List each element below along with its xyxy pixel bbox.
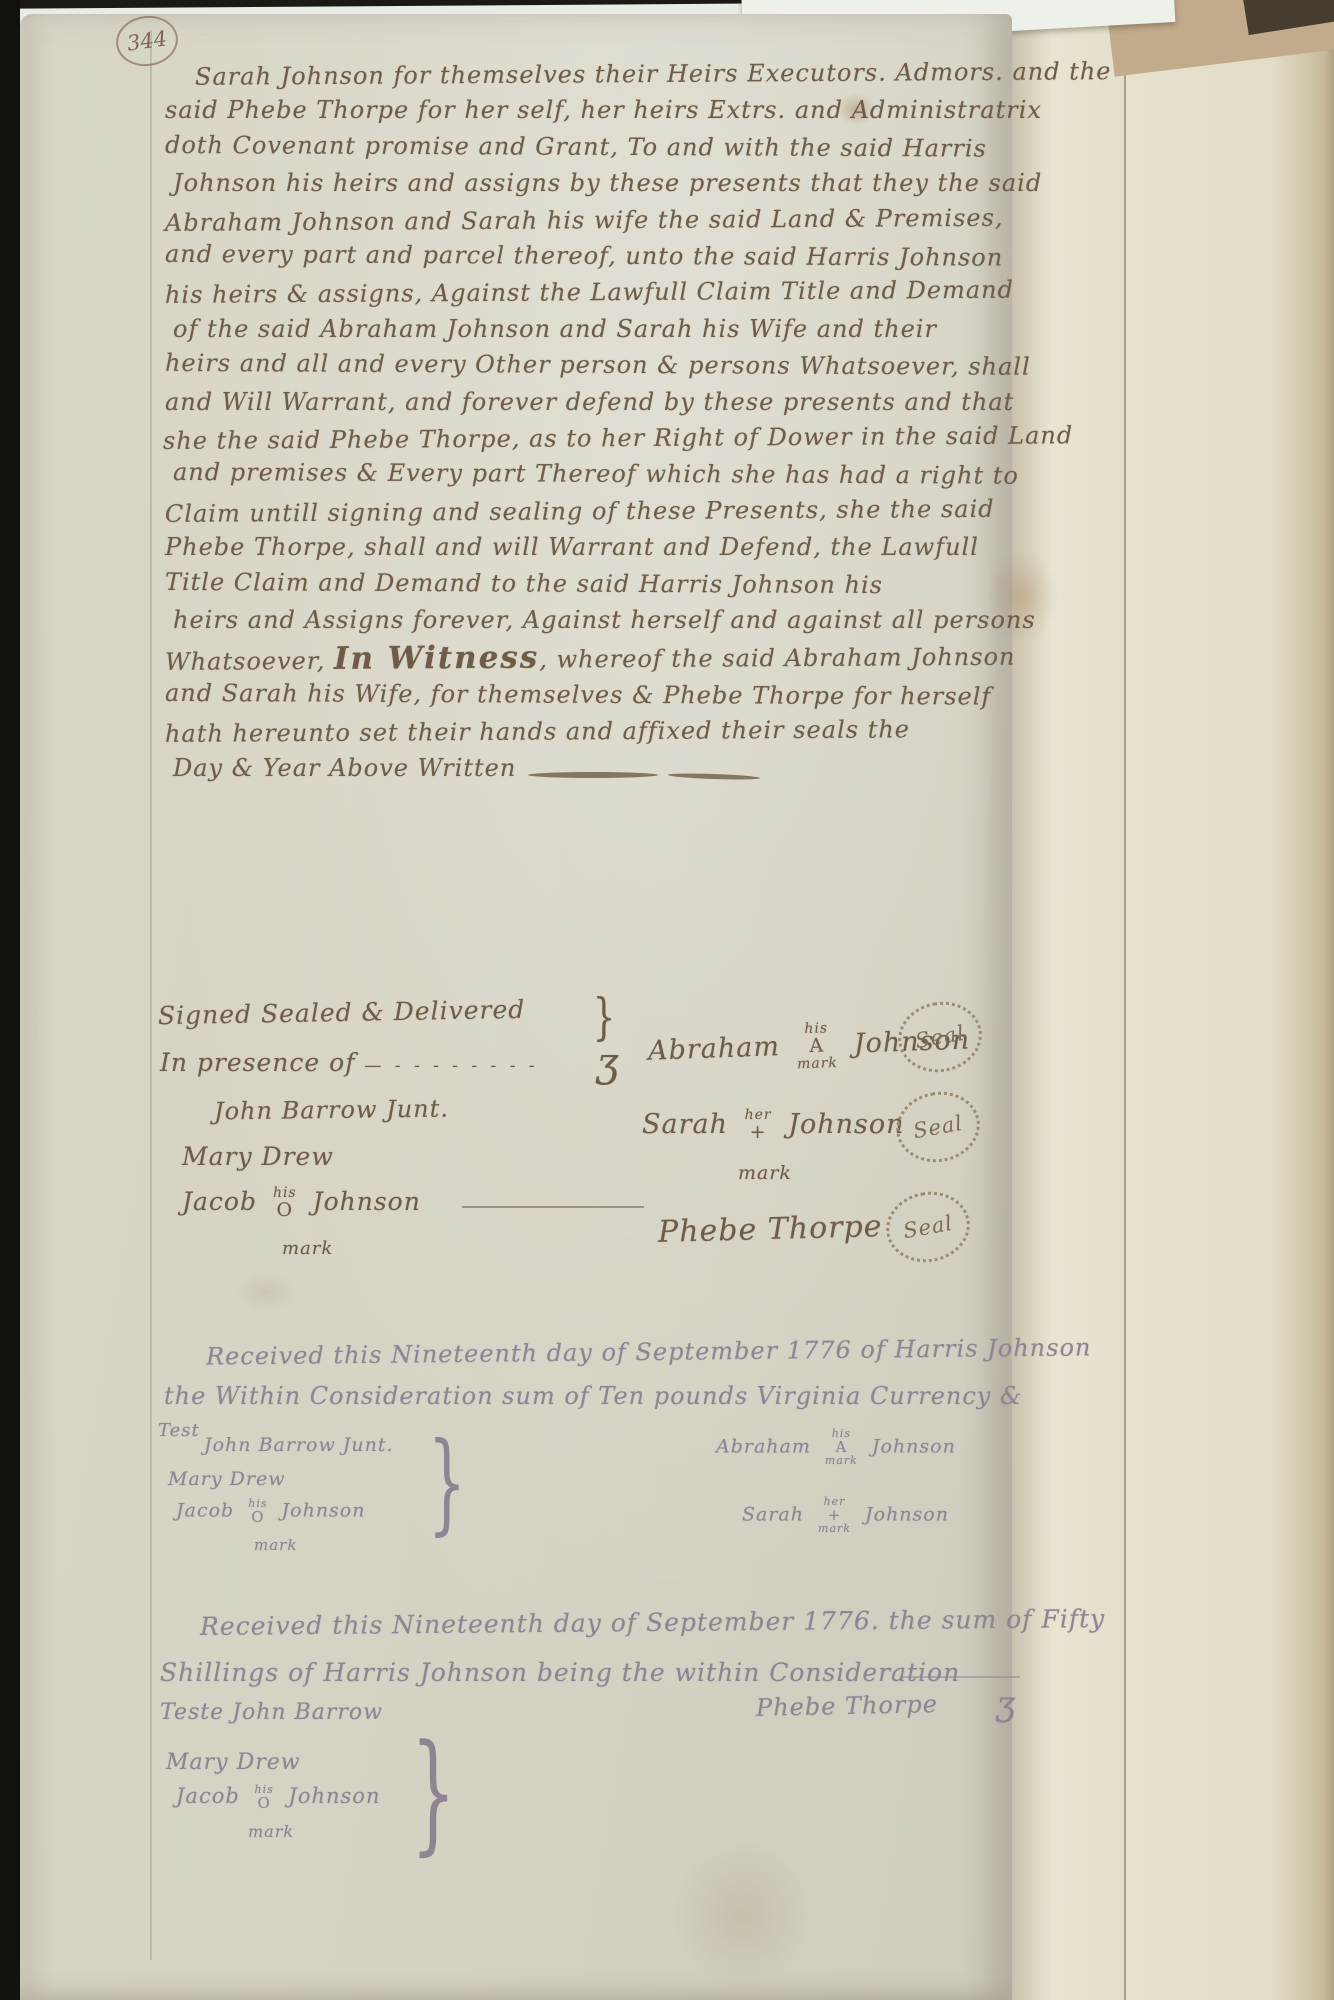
deed-line: and Sarah his Wife, for themselves & Phe…: [165, 675, 1112, 716]
mark-column: her +: [745, 1108, 772, 1143]
brace-icon: }: [411, 1716, 456, 1868]
sarah-mark-letter: +: [750, 1123, 767, 1143]
deed-line: Johnson his heirs and assigns by these p…: [173, 165, 1111, 201]
sarah-first-name: Sarah: [642, 1109, 728, 1140]
page-number: 344: [125, 26, 168, 55]
deed-line: she the said Phebe Thorpe, as to her Rig…: [163, 417, 1112, 459]
receipt1-line2: the Within Consideration sum of Ten poun…: [164, 1382, 1022, 1410]
receipt1-witness-mary-drew: Mary Drew: [168, 1468, 285, 1490]
closing-flourish: [528, 772, 658, 778]
sarah-first-name: Sarah: [742, 1503, 804, 1525]
receipt2-teste-line: Teste John Barrow: [160, 1700, 383, 1725]
underlying-page-far: [1124, 0, 1334, 2000]
deed-line: and Will Warrant, and forever defend by …: [165, 384, 1111, 420]
sarah-last-name: Johnson: [865, 1503, 949, 1525]
receipt1-witness-jacob-johnson: Jacob his O Johnson: [176, 1498, 366, 1525]
squiggle-icon: ʒ: [596, 1040, 620, 1086]
witness-signature-john-barrow: John Barrow Junt.: [214, 1095, 449, 1126]
mark-column: his O: [273, 1186, 297, 1221]
abraham-mark-letter: A: [809, 1036, 824, 1056]
deed-line: heirs and all and every Other person & p…: [165, 345, 1112, 386]
deed-line: hath hereunto set their hands and affixe…: [165, 710, 1112, 752]
ink-stain: [236, 1272, 296, 1312]
jacob-mark-letter: O: [276, 1201, 293, 1221]
receipt2-signature-phebe: Phebe Thorpe: [756, 1690, 939, 1722]
deed-line: and premises & Every part Thereof which …: [173, 454, 1112, 495]
witness-signature-mary-drew: Mary Drew: [182, 1142, 334, 1171]
mark-column: his O: [248, 1498, 267, 1525]
deed-line: heirs and Assigns forever, Against herse…: [173, 602, 1111, 638]
signature-phebe-thorpe: Phebe Thorpe: [658, 1209, 883, 1250]
abraham-first-name: Abraham: [716, 1435, 811, 1457]
signature-sarah-johnson: Sarah her + Johnson: [642, 1108, 905, 1143]
jacob-last-name: Johnson: [282, 1500, 366, 1522]
mark-column: his O: [254, 1784, 273, 1811]
abraham-mark-letter: A: [835, 1440, 847, 1456]
deed-line: and every part and parcel thereof, unto …: [165, 236, 1112, 277]
brace-icon: }: [428, 1418, 467, 1546]
sarah-mark-label: mark: [738, 1162, 792, 1184]
jacob-last-name: Johnson: [313, 1187, 421, 1216]
jacob-mark-label: mark: [282, 1238, 333, 1259]
receipt2-jacob-mark-label: mark: [248, 1822, 294, 1841]
mark-column: her + mark: [818, 1496, 851, 1535]
jacob-first-name: Jacob: [176, 1784, 240, 1808]
deed-line: Abraham Johnson and Sarah his wife the s…: [165, 199, 1112, 241]
in-witness-emphasis: In Witness: [334, 639, 540, 676]
deed-line: Title Claim and Demand to the said Harri…: [165, 564, 1112, 605]
in-presence-line: In presence of — - - - - - - - -: [160, 1048, 539, 1077]
receipt2-line2: Shillings of Harris Johnson being the wi…: [160, 1658, 960, 1687]
deed-line: Phebe Thorpe, shall and will Warrant and…: [165, 529, 1111, 565]
jacob-last-name: Johnson: [288, 1784, 380, 1808]
witness-signature-jacob-johnson: Jacob his O Johnson: [182, 1186, 421, 1221]
receipt1-signature-sarah: Sarah her + mark Johnson: [742, 1496, 949, 1535]
deed-line: Sarah Johnson for themselves their Heirs…: [195, 53, 1112, 95]
witness-line-pre: Whatsoever,: [165, 646, 334, 675]
mark-label: mark: [825, 1455, 858, 1467]
receipt2-witness-mary-drew: Mary Drew: [166, 1750, 301, 1775]
receipt2-witness-jacob-johnson: Jacob his O Johnson: [176, 1784, 380, 1811]
mark-label: mark: [797, 1056, 838, 1072]
squiggle-icon: ʒ: [996, 1684, 1016, 1724]
deed-line: Day & Year Above Written: [173, 750, 1111, 786]
deed-line: said Phebe Thorpe for her self, her heir…: [165, 92, 1111, 128]
deed-line: of the said Abraham Johnson and Sarah hi…: [173, 311, 1111, 347]
sarah-last-name: Johnson: [788, 1109, 904, 1140]
deed-line: Claim untill signing and sealing of thes…: [165, 490, 1112, 532]
signature-rule: [462, 1206, 644, 1208]
abraham-last-name: Johnson: [872, 1435, 956, 1457]
deed-line-witness: Whatsoever, In Witness, whereof the said…: [165, 636, 1112, 680]
receipt1-witness-john-barrow: John Barrow Junt.: [204, 1434, 394, 1456]
mark-column: his A mark: [796, 1021, 839, 1072]
receipt1-test-label: Test: [158, 1420, 200, 1441]
brace-icon: }: [593, 988, 616, 1046]
presence-dotted-flourish: — - - - - - - - -: [364, 1056, 538, 1076]
receipt1-signature-abraham: Abraham his A mark Johnson: [716, 1428, 956, 1467]
presence-label: In presence of: [160, 1048, 355, 1077]
jacob-mark-letter: O: [251, 1510, 264, 1526]
sarah-mark-letter: +: [828, 1508, 842, 1524]
jacob-first-name: Jacob: [182, 1187, 257, 1216]
binding-spine-shadow: [0, 0, 20, 2000]
margin-rule: [150, 30, 152, 1960]
deed-body: Sarah Johnson for themselves their Heirs…: [165, 56, 1111, 786]
abraham-first-name: Abraham: [648, 1031, 781, 1067]
mark-label: mark: [818, 1523, 851, 1535]
jacob-first-name: Jacob: [176, 1500, 234, 1522]
deed-line: his heirs & assigns, Against the Lawfull…: [165, 272, 1112, 314]
mark-column: his A mark: [825, 1428, 858, 1467]
jacob-mark-letter: O: [257, 1796, 270, 1812]
receipt2-witness-john-barrow: John Barrow: [232, 1700, 383, 1725]
receipt2-rule: [900, 1676, 1020, 1678]
deed-line: doth Covenant promise and Grant, To and …: [165, 127, 1112, 168]
ink-stain: [672, 1840, 812, 1990]
photograph-background: 344 Sarah Johnson for themselves their H…: [0, 0, 1334, 2000]
teste-label: Teste: [160, 1700, 224, 1725]
receipt1-jacob-mark-label: mark: [254, 1536, 297, 1554]
witness-line-post: , whereof the said Abraham Johnson: [539, 642, 1015, 673]
